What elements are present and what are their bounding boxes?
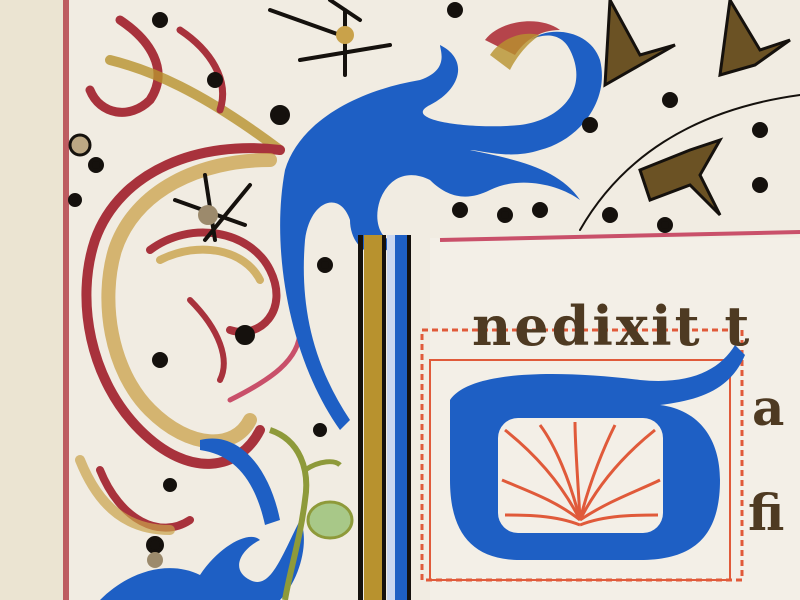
manuscript-text-line2: fi bbox=[748, 483, 784, 542]
manuscript-text-line1: nedixit t bbox=[472, 294, 752, 358]
manuscript-text-line3: a bbox=[752, 378, 784, 437]
vertical-border-bar bbox=[358, 235, 411, 600]
manuscript-photo: nedixit t fi a Close-up photograph of a … bbox=[0, 0, 800, 600]
illumination-artwork: nedixit t fi a bbox=[0, 0, 800, 600]
red-frame-line bbox=[63, 0, 69, 600]
